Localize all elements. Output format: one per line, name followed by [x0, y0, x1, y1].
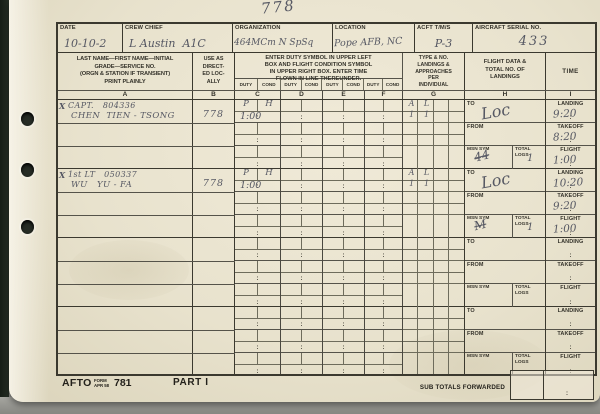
- duty-cond-boxes: [281, 284, 322, 296]
- printed-colon: :: [343, 345, 345, 351]
- printed-colon: :: [343, 207, 345, 213]
- time-cell: :: [235, 365, 280, 375]
- cond-box: [384, 307, 402, 318]
- duty-cond-boxes: [235, 238, 280, 250]
- form-date: FORM APR 58: [94, 378, 109, 388]
- cond-box: [302, 123, 322, 134]
- use-as-value: 778: [193, 178, 234, 189]
- flight-time-cell: FLIGHT :: [546, 284, 595, 307]
- landing-grid-cell: [418, 215, 433, 227]
- time-cell: :: [281, 158, 322, 170]
- crew-member-name: CHEN TIEN - TSONG: [71, 111, 175, 121]
- duty-cond-boxes: [365, 307, 402, 319]
- duty-box: [235, 238, 258, 249]
- part-label: PART I: [173, 377, 209, 388]
- cond-box: [258, 215, 280, 226]
- background-left-edge: [0, 0, 9, 414]
- printed-colon: :: [570, 345, 572, 351]
- time-flown: 1:00: [240, 111, 261, 122]
- time-cell: :: [281, 181, 322, 193]
- name-cell: X CAPT. 804336 CHEN TIEN - TSONG: [58, 100, 193, 168]
- landing-grid-cell: [434, 284, 449, 296]
- location-value: Pope AFB, NC: [334, 36, 403, 49]
- printed-colon: :: [383, 115, 385, 121]
- takeoff-time-cell: TAKEOFF : 8:20: [546, 123, 595, 146]
- time-cell: :: [235, 319, 280, 331]
- cond-box: [384, 215, 402, 226]
- landing-count: 1: [419, 110, 434, 119]
- printed-colon: :: [301, 207, 303, 213]
- printed-colon: :: [343, 300, 345, 306]
- printed-colon: :: [566, 391, 568, 397]
- duty-cond-boxes: [365, 284, 402, 296]
- column-letter-f: F: [365, 91, 403, 99]
- duty-cond-boxes: [323, 330, 364, 342]
- landing-grid-cell: [449, 238, 464, 250]
- duty-column-d: : : :: [281, 307, 323, 374]
- printed-colon: :: [383, 300, 385, 306]
- sub-totals-box: :: [510, 370, 594, 400]
- landing-count: 1: [404, 179, 419, 188]
- entry-check-mark: X: [59, 170, 65, 180]
- landing-grid-cell: [449, 204, 464, 216]
- landing-type: L: [419, 168, 434, 177]
- duty-box: [323, 353, 344, 364]
- cond-box: [384, 100, 402, 111]
- landing-grid-cell: [434, 204, 449, 216]
- landing-grid-cell: [418, 342, 433, 354]
- printed-colon: :: [257, 322, 259, 328]
- use-as-value: 778: [193, 109, 234, 120]
- landing-grid-cell: [403, 273, 418, 285]
- landing-grid-cell: [434, 296, 449, 308]
- landing-type: A: [404, 99, 419, 108]
- duty-box: [323, 238, 344, 249]
- printed-colon: :: [383, 162, 385, 168]
- use-as-column-header: USE AS DIRECT- ED LOC- ALLY: [193, 53, 235, 90]
- landing-grid-cell: [434, 307, 449, 319]
- duty-cond-boxes: [365, 100, 402, 112]
- time-cell: :: [365, 342, 402, 354]
- crew-chief-field: CREW CHIEF L Austin A1C: [123, 24, 233, 52]
- duty-cond-boxes: [365, 146, 402, 158]
- landing-grid-cell: [434, 250, 449, 262]
- time-cell: : 1:00: [235, 181, 280, 193]
- landing-grid-cell: [449, 169, 464, 181]
- cond-box: [302, 353, 322, 364]
- duty-cond-boxes: [281, 192, 322, 204]
- printed-colon: :: [343, 138, 345, 144]
- cond-box: [344, 238, 364, 249]
- duty-cond-boxes: [281, 238, 322, 250]
- date-field: DATE 10-10-2: [58, 24, 123, 52]
- duty-cond-boxes: [323, 123, 364, 135]
- landing-grid-cell: [403, 319, 418, 331]
- printed-colon: :: [343, 276, 345, 282]
- band-line: [58, 123, 235, 124]
- duty-cond-boxes: [323, 169, 364, 181]
- landing-grid-cell: [403, 342, 418, 354]
- cond-box: [384, 238, 402, 249]
- landing-grid-cell: [449, 296, 464, 308]
- landing-grid-cell: [434, 227, 449, 239]
- duty-box: [365, 123, 384, 134]
- landing-grid-cell: [403, 227, 418, 239]
- flight-time-cell: FLIGHT : 1:00: [546, 146, 595, 169]
- landing-grid-cell: [449, 215, 464, 227]
- landing-grid-cell: [403, 261, 418, 273]
- landing-grid-cell: [418, 261, 433, 273]
- to-cell: TO: [465, 238, 545, 261]
- landing-grid-cell: [403, 146, 418, 158]
- duty-column-e: : : :: [323, 100, 365, 168]
- duty-box: [323, 330, 344, 341]
- landing-grid-cell: [449, 250, 464, 262]
- cond-subheader: COND: [343, 79, 364, 90]
- duty-box: [365, 261, 384, 272]
- column-letter-e: E: [323, 91, 365, 99]
- printed-colon: :: [343, 231, 345, 237]
- duty-box: [281, 169, 302, 180]
- cond-box: H: [258, 169, 280, 180]
- duty-box: [281, 353, 302, 364]
- landing-grid-cell: [434, 215, 449, 227]
- cond-box: [258, 353, 280, 364]
- to-cell: TO Loc: [465, 100, 545, 123]
- mission-row: MSN SYM TOTAL LOGS: [465, 284, 545, 307]
- landing-grid-cell: [449, 307, 464, 319]
- to-label: TO: [467, 308, 475, 314]
- cond-box: [384, 146, 402, 157]
- duty-cond-boxes: [281, 215, 322, 227]
- time-cell: :: [323, 158, 364, 170]
- serial-no-value: 433: [473, 34, 595, 49]
- printed-colon: :: [257, 253, 259, 259]
- printed-colon: :: [301, 115, 303, 121]
- time-cell: :: [235, 204, 280, 216]
- landing-grid-cell: [418, 307, 433, 319]
- form-designation: AFTO: [62, 377, 92, 389]
- duty-cond-boxes: [323, 146, 364, 158]
- cond-box: [384, 284, 402, 295]
- landing-grid-cell: [403, 365, 418, 375]
- time-cell: :: [365, 296, 402, 308]
- grade-service-no: 1st LT 050337: [68, 170, 137, 179]
- time-cell: :: [365, 319, 402, 331]
- duty-cond-boxes: [235, 215, 280, 227]
- duty-cond-boxes: [323, 100, 364, 112]
- acft-tms-field: ACFT T/M/S P-3: [415, 24, 473, 52]
- time-cell: :: [235, 296, 280, 308]
- landing-grid-cell: [449, 330, 464, 342]
- flight-entry-block: X 1st LT 050337 WU YU - FA 778 P H : 1:0…: [58, 169, 595, 238]
- cond-box: [302, 238, 322, 249]
- flight-time: 1:00: [553, 153, 577, 166]
- duty-cond-boxes: [235, 146, 280, 158]
- printed-colon: :: [301, 162, 303, 168]
- band-line: [58, 215, 235, 216]
- band-line: [58, 146, 235, 147]
- acft-tms-value: P-3: [415, 37, 472, 50]
- time-cell: :: [323, 135, 364, 147]
- landing-time-cell: LANDING : 10:20: [546, 169, 595, 192]
- column-letter-b: B: [193, 91, 235, 99]
- from-label: FROM: [467, 124, 484, 130]
- flight-entry-block: X CAPT. 804336 CHEN TIEN - TSONG 778 P H…: [58, 100, 595, 169]
- cond-box: [258, 123, 280, 134]
- printed-colon: :: [383, 184, 385, 190]
- time-cell: :: [323, 296, 364, 308]
- time-cell: :: [323, 273, 364, 285]
- duty-subheader: DUTY: [364, 79, 383, 90]
- landing-grid-cell: [434, 135, 449, 147]
- duty-box: [323, 284, 344, 295]
- landing-grid-cell: [434, 169, 449, 181]
- duty-cond-boxes: [281, 307, 322, 319]
- landing-grid-cell: [449, 284, 464, 296]
- printed-colon: :: [570, 276, 572, 282]
- landing-grid-cell: [418, 146, 433, 158]
- use-as-cell: 778: [193, 169, 235, 237]
- duty-box: [365, 215, 384, 226]
- printed-colon: :: [383, 369, 385, 374]
- duty-column-c: P H : 1:00 : :: [235, 169, 281, 237]
- name-cell: X 1st LT 050337 WU YU - FA: [58, 169, 193, 237]
- from-label: FROM: [467, 331, 484, 337]
- duty-box: [235, 261, 258, 272]
- duty-column-d: : : :: [281, 100, 323, 168]
- mission-row: MSN SYM 44 TOTAL LOGS 1: [465, 146, 545, 169]
- to-cell: TO: [465, 307, 545, 330]
- duty-cond-subheader-row: DUTY COND DUTY COND DUTY COND DUTY COND: [235, 79, 403, 90]
- use-as-cell: [193, 238, 235, 306]
- cond-box: [258, 307, 280, 318]
- duty-box: [323, 100, 344, 111]
- flight-time: 1:00: [553, 222, 577, 235]
- duty-cond-boxes: [365, 330, 402, 342]
- landing-grid-cell: [434, 158, 449, 170]
- duty-cond-boxes: [365, 169, 402, 181]
- time-cell: :: [323, 365, 364, 375]
- flight-data-cell: TO FROM MSN SYM TOTAL LOGS: [465, 238, 546, 306]
- duty-box: [235, 353, 258, 364]
- printed-colon: :: [257, 207, 259, 213]
- duty-symbol: P: [235, 99, 257, 109]
- cond-box: [258, 330, 280, 341]
- duty-cond-boxes: [281, 261, 322, 273]
- duty-cond-boxes: [365, 192, 402, 204]
- landing-count: 1: [419, 179, 434, 188]
- landing-grid-cell: [449, 319, 464, 331]
- mission-row: MSN SYM M TOTAL LOGS 1: [465, 215, 545, 238]
- printed-colon: :: [257, 276, 259, 282]
- msn-sym-cell: MSN SYM 44: [465, 146, 513, 169]
- landing-grid-cell: [449, 123, 464, 135]
- landing-grid-cell: [434, 273, 449, 285]
- printed-colon: :: [301, 322, 303, 328]
- to-label: TO: [467, 101, 475, 107]
- time-cell: :: [281, 296, 322, 308]
- time-cell: :: [281, 319, 322, 331]
- duty-column-d: : : :: [281, 238, 323, 306]
- grade-service-no: CAPT. 804336: [68, 101, 136, 110]
- printed-colon: :: [343, 115, 345, 121]
- organization-field: ORGANIZATION 464MCm N SpSq: [233, 24, 333, 52]
- takeoff-time-cell: TAKEOFF :: [546, 261, 595, 284]
- duty-column-f: : : :: [365, 100, 403, 168]
- landing-grid-cell: [403, 296, 418, 308]
- landing-time-cell: LANDING : 9:20: [546, 100, 595, 123]
- duty-cond-boxes: [365, 261, 402, 273]
- duty-column-c: : : :: [235, 307, 281, 374]
- landing-grid-cell: [449, 365, 464, 375]
- flight-entry-block: : : : : : : : : : : :: [58, 307, 595, 374]
- duty-cond-boxes: [323, 215, 364, 227]
- flight-label: FLIGHT: [546, 354, 595, 360]
- landing-grid-cell: [434, 353, 449, 365]
- landing-label: LANDING: [546, 239, 595, 245]
- time-cell: :: [281, 273, 322, 285]
- duty-box: [281, 330, 302, 341]
- total-logs-cell: TOTAL LOGS: [513, 284, 546, 307]
- to-label: TO: [467, 170, 475, 176]
- time-cell: :: [365, 204, 402, 216]
- duty-cond-boxes: [235, 353, 280, 365]
- binding-margin: [9, 0, 49, 402]
- name-column-header: LAST NAME—FIRST NAME—INITIAL GRADE—SERVI…: [58, 53, 193, 90]
- date-value: 10-10-2: [64, 37, 106, 50]
- cond-box: [302, 330, 322, 341]
- time-cell: :: [365, 250, 402, 262]
- column-letter-i: I: [546, 91, 595, 99]
- time-cell: :: [235, 342, 280, 354]
- time-cell: :: [281, 342, 322, 354]
- cond-box: [344, 353, 364, 364]
- cond-box: [344, 123, 364, 134]
- msn-sym-cell: MSN SYM: [465, 353, 513, 374]
- duty-symbol-instructions: ENTER DUTY SYMBOL IN UPPER LEFT BOX AND …: [235, 53, 403, 79]
- location-label: LOCATION: [335, 25, 366, 31]
- landing-grid-cell: [449, 261, 464, 273]
- duty-cond-boxes: [323, 238, 364, 250]
- cond-box: [344, 261, 364, 272]
- duty-box: [281, 261, 302, 272]
- landing-type: A: [404, 168, 419, 177]
- printed-colon: :: [257, 300, 259, 306]
- cond-box: [302, 284, 322, 295]
- from-cell: FROM: [465, 123, 545, 146]
- landing-grid-cell: [434, 342, 449, 354]
- duty-cond-boxes: [323, 353, 364, 365]
- msn-sym-label: MSN SYM: [467, 354, 489, 360]
- duty-cond-boxes: [235, 284, 280, 296]
- landing-grid-cell: [449, 181, 464, 193]
- cond-box: [302, 261, 322, 272]
- takeoff-time: 9:20: [553, 199, 577, 212]
- total-logs-label: TOTAL LOGS: [515, 285, 531, 297]
- landing-grid-cell: [403, 204, 418, 216]
- printed-colon: :: [301, 253, 303, 259]
- printed-colon: :: [257, 345, 259, 351]
- cond-box: [258, 261, 280, 272]
- landing-grid-cell: [418, 227, 433, 239]
- band-line: [58, 353, 235, 354]
- duty-box: [235, 330, 258, 341]
- duty-cond-boxes: [235, 192, 280, 204]
- location-field: LOCATION Pope AFB, NC: [333, 24, 415, 52]
- punch-hole: [21, 220, 34, 234]
- landing-grid-cell: [434, 365, 449, 375]
- time-cell: :: [235, 273, 280, 285]
- from-cell: FROM: [465, 192, 545, 215]
- cond-box: [302, 192, 322, 203]
- flight-label: FLIGHT: [546, 147, 595, 153]
- landing-grid-cell: [403, 250, 418, 262]
- landing-grid-cell: [418, 284, 433, 296]
- cond-box: [384, 123, 402, 134]
- landing-grid-cell: [403, 215, 418, 227]
- cond-box: [344, 146, 364, 157]
- duty-box: [235, 146, 258, 157]
- duty-column-c: P H : 1:00 : :: [235, 100, 281, 168]
- duty-box: [365, 284, 384, 295]
- duty-column-f: : : :: [365, 307, 403, 374]
- printed-colon: :: [383, 345, 385, 351]
- time-cell: :: [365, 273, 402, 285]
- duty-cond-boxes: [323, 261, 364, 273]
- time-cell: :: [235, 250, 280, 262]
- duty-subheader: DUTY: [281, 79, 302, 90]
- time-cell: : 1:00: [235, 112, 280, 124]
- duty-cond-boxes: [365, 238, 402, 250]
- duty-column-c: : : :: [235, 238, 281, 306]
- landing-time-cell: LANDING :: [546, 238, 595, 261]
- column-letter-h: H: [465, 91, 546, 99]
- column-header-row: LAST NAME—FIRST NAME—INITIAL GRADE—SERVI…: [58, 53, 595, 100]
- msn-sym-label: MSN SYM: [467, 285, 489, 291]
- cond-box: [384, 192, 402, 203]
- printed-colon: :: [301, 345, 303, 351]
- duty-column-e: : : :: [323, 238, 365, 306]
- time-cell: :: [235, 135, 280, 147]
- duty-box: [323, 169, 344, 180]
- time-cell: :: [281, 135, 322, 147]
- crew-member-name: WU YU - FA: [71, 180, 132, 190]
- flight-entry-block: : : : : : : : : : : :: [58, 238, 595, 307]
- time-cell: :: [365, 227, 402, 239]
- landings-grid: [403, 238, 465, 306]
- time-cell: :: [323, 181, 364, 193]
- landing-grid-cell: [418, 123, 433, 135]
- cond-box: [344, 100, 364, 111]
- duty-box: [281, 123, 302, 134]
- organization-value: 464MCm N SpSq: [234, 38, 313, 48]
- cond-box: [344, 307, 364, 318]
- name-cell: [58, 238, 193, 306]
- duty-box: [365, 307, 384, 318]
- printed-colon: :: [343, 369, 345, 374]
- time-column-header: TIME: [546, 53, 595, 90]
- time-cell: :: [365, 112, 402, 124]
- cond-subheader: COND: [383, 79, 402, 90]
- duty-box: P: [235, 169, 258, 180]
- sub-totals-divider: [543, 371, 544, 399]
- printed-colon: :: [383, 276, 385, 282]
- landing-label: LANDING: [546, 101, 595, 107]
- duty-box: [281, 284, 302, 295]
- cond-box: [302, 146, 322, 157]
- time-cell-group: LANDING : TAKEOFF : FLIGHT :: [546, 238, 595, 306]
